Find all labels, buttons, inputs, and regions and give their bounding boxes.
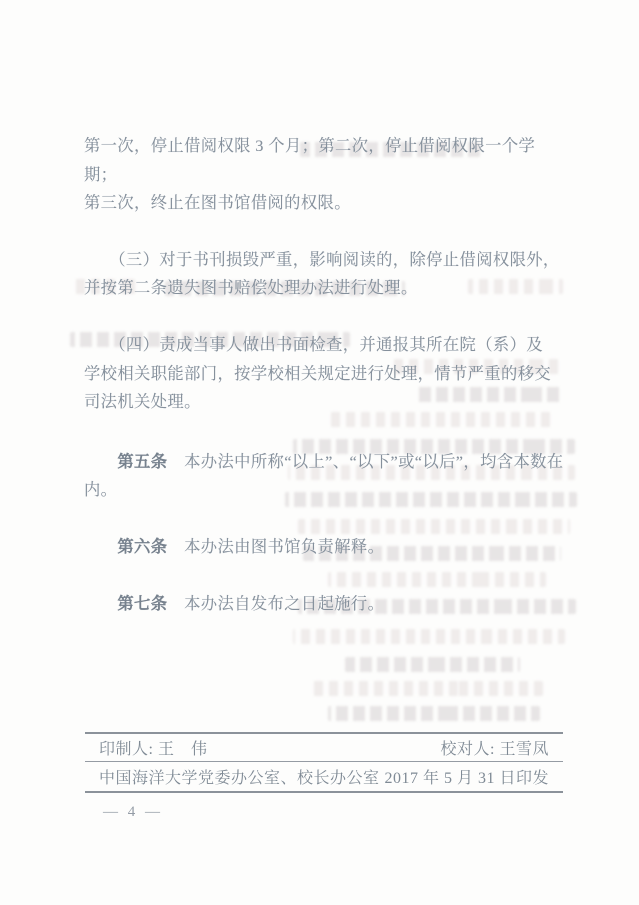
page-number: — 4 — bbox=[103, 804, 163, 821]
footer-row-people: 印制人: 王 伟 校对人: 王雪凤 bbox=[85, 734, 563, 761]
document-footer: 印制人: 王 伟 校对人: 王雪凤 中国海洋大学党委办公室、校长办公室 2017… bbox=[85, 732, 563, 793]
paragraph-continuation: 第一次，停止借阅权限 3 个月；第二次，停止借阅权限一个学期； 第三次，终止在图… bbox=[84, 132, 564, 217]
printer-label: 印制人: 王 伟 bbox=[99, 736, 207, 759]
paragraph-article-7: 第七条 本办法自发布之日起施行。 bbox=[84, 590, 564, 618]
paragraph-article-5: 第五条 本办法中所称“以上”、“以下”或“以后”，均含本数在 内。 bbox=[84, 448, 564, 505]
footer-row-issuer: 中国海洋大学党委办公室、校长办公室 2017 年 5 月 31 日印发 bbox=[85, 762, 563, 791]
bleedthrough-line bbox=[345, 657, 520, 672]
document-body: 第一次，停止借阅权限 3 个月；第二次，停止借阅权限一个学期； 第三次，终止在图… bbox=[84, 104, 564, 647]
issuing-office-label: 中国海洋大学党委办公室、校长办公室 bbox=[99, 765, 380, 788]
clause-number: 第六条 bbox=[84, 537, 167, 556]
paragraph-text: 本办法自发布之日起施行。 bbox=[167, 594, 384, 613]
bleedthrough-line bbox=[308, 681, 543, 696]
paragraph-item-3: （三）对于书刊损毁严重，影响阅读的，除停止借阅权限外， 并按第二条遗失图书赔偿处… bbox=[84, 246, 564, 303]
clause-number: 第五条 bbox=[84, 452, 167, 471]
paragraph-text: 本办法由图书馆负责解释。 bbox=[167, 537, 384, 556]
footer-rule-bottom bbox=[85, 791, 563, 793]
paragraph-text: 第一次，停止借阅权限 3 个月；第二次，停止借阅权限一个学期； 第三次，终止在图… bbox=[84, 136, 535, 212]
paragraph-text: （三）对于书刊损毁严重，影响阅读的，除停止借阅权限外， 并按第二条遗失图书赔偿处… bbox=[84, 250, 560, 297]
document-page: 第一次，停止借阅权限 3 个月；第二次，停止借阅权限一个学期； 第三次，终止在图… bbox=[0, 0, 639, 905]
paragraph-item-4: （四）责成当事人做出书面检查，并通报其所在院（系）及 学校相关职能部门，按学校相… bbox=[84, 331, 564, 416]
paragraph-text: （四）责成当事人做出书面检查，并通报其所在院（系）及 学校相关职能部门，按学校相… bbox=[84, 335, 551, 411]
print-date-label: 2017 年 5 月 31 日印发 bbox=[384, 765, 549, 788]
paragraph-article-6: 第六条 本办法由图书馆负责解释。 bbox=[84, 533, 564, 561]
bleedthrough-line bbox=[328, 706, 540, 721]
clause-number: 第七条 bbox=[84, 594, 167, 613]
proofreader-label: 校对人: 王雪凤 bbox=[441, 736, 549, 759]
